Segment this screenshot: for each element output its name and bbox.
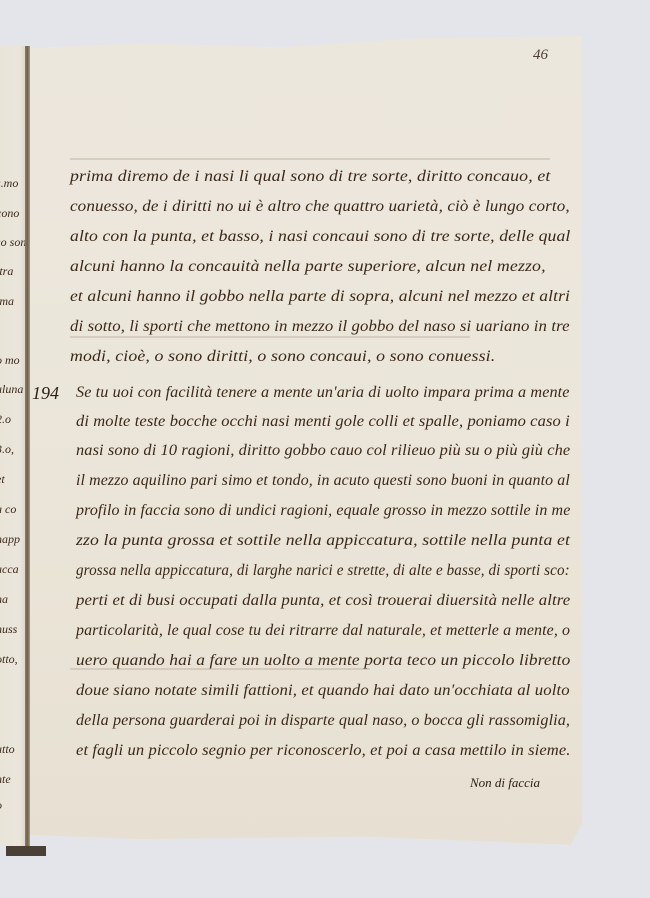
margin-fragment: aluna bbox=[0, 382, 28, 397]
book-gutter bbox=[25, 46, 30, 851]
text-line: il mezzo aquilino pari simo et tondo, in… bbox=[76, 472, 570, 490]
margin-fragment: acca bbox=[0, 562, 28, 577]
folio-number: 46 bbox=[533, 47, 548, 64]
text-line: alto con la punta, et basso, i nasi conc… bbox=[70, 228, 570, 246]
text-line: et fagli un piccolo segnio per riconosce… bbox=[76, 742, 571, 760]
margin-fragment: et bbox=[0, 472, 28, 487]
margin-fragment: atto bbox=[0, 742, 28, 757]
catchword: Non di faccia bbox=[470, 775, 540, 791]
margin-fragment: nuss bbox=[0, 622, 28, 637]
margin-fragment: so son bbox=[0, 235, 28, 250]
text-line: di sotto, li sporti che mettono in mezzo… bbox=[70, 318, 570, 336]
margin-fragment: cono bbox=[0, 206, 28, 221]
margin-fragment: happ bbox=[0, 532, 28, 547]
text-line: doue siano notate simili fattioni, et qu… bbox=[76, 682, 570, 700]
margin-fragment: 3.o, bbox=[0, 442, 28, 457]
text-line: Se tu uoi con facilità tenere a mente un… bbox=[76, 384, 570, 402]
margin-fragment: nte bbox=[0, 772, 28, 787]
margin-fragment: a co bbox=[0, 502, 28, 517]
text-line: conuesso, de i diritti no ui è altro che… bbox=[70, 198, 570, 216]
bleed-through bbox=[70, 158, 550, 160]
margin-fragment: o mo bbox=[0, 353, 28, 368]
margin-fragment: otto, bbox=[0, 652, 28, 667]
margin-fragment: ltra bbox=[0, 264, 28, 279]
text-line: nasi sono di 10 ragioni, diritto gobbo c… bbox=[76, 442, 570, 460]
text-line: zzo la punta grossa et sottile nella app… bbox=[76, 532, 570, 550]
text-line: prima diremo de i nasi li qual sono di t… bbox=[70, 168, 550, 186]
text-line: della persona guarderai poi in disparte … bbox=[76, 712, 570, 730]
text-line: modi, cioè, o sono diritti, o sono conca… bbox=[70, 348, 495, 366]
margin-fragment: o bbox=[0, 798, 28, 813]
text-line: grossa nella appiccatura, di larghe nari… bbox=[76, 562, 570, 580]
text-line: di molte teste bocche occhi nasi menti g… bbox=[76, 413, 570, 431]
margin-fragment: s.mo bbox=[0, 176, 28, 191]
text-line: uero quando hai a fare un uolto a mente … bbox=[76, 652, 570, 670]
text-line: profilo in faccia sono di undici ragioni… bbox=[76, 502, 570, 520]
margin-fragment: 2.o bbox=[0, 412, 28, 427]
binding-strip bbox=[6, 846, 46, 856]
left-facing-page: s.mo cono so son ltra ima o mo aluna 2.o… bbox=[0, 46, 28, 846]
bleed-through bbox=[70, 336, 470, 338]
text-line: et alcuni hanno il gobbo nella parte di … bbox=[70, 288, 570, 306]
text-line: perti et di busi occupati dalla punta, e… bbox=[76, 592, 570, 610]
paragraph-number: 194 bbox=[32, 383, 59, 404]
margin-fragment: na bbox=[0, 592, 28, 607]
margin-fragment: ima bbox=[0, 294, 28, 309]
text-line: alcuni hanno la concauità nella parte su… bbox=[70, 258, 546, 276]
text-line: particolarità, le qual cose tu dei ritra… bbox=[76, 622, 570, 640]
